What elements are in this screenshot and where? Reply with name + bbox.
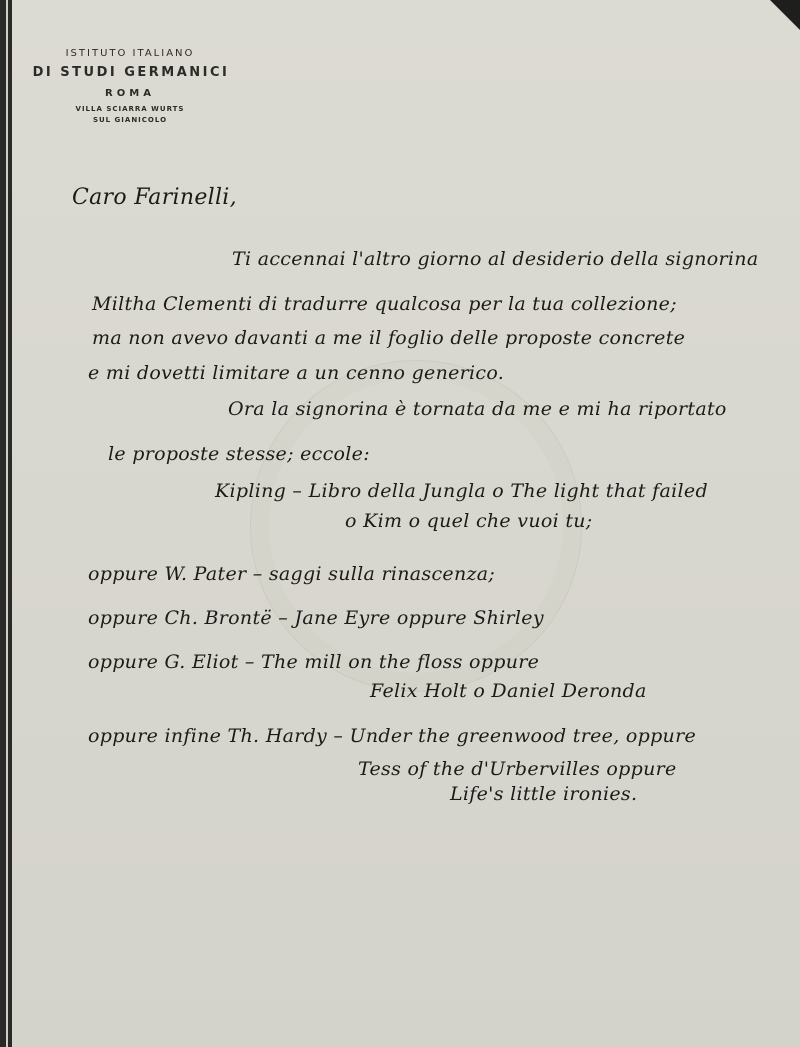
letterhead-line-institute: ISTITUTO ITALIANO: [40, 48, 220, 59]
proposal-bronte: oppure Ch. Brontë – Jane Eyre oppure Shi…: [88, 607, 544, 629]
paragraph1-line2: Miltha Clementi di tradurre qualcosa per…: [92, 293, 677, 315]
letterhead: ISTITUTO ITALIANO DI STUDI GERMANICI ROM…: [40, 48, 220, 124]
paragraph1-line4: e mi dovetti limitare a un cenno generic…: [88, 362, 504, 384]
paragraph1-line1: Ti accennai l'altro giorno al desiderio …: [232, 248, 758, 270]
letter-page: ISTITUTO ITALIANO DI STUDI GERMANICI ROM…: [0, 0, 800, 1047]
scan-corner-top-right: [770, 0, 800, 30]
proposal-kipling: Kipling – Libro della Jungla o The light…: [215, 480, 708, 502]
proposal-kipling-continuation: o Kim o quel che vuoi tu;: [345, 510, 593, 532]
letterhead-line-location: SUL GIANICOLO: [40, 116, 220, 124]
letterhead-line-villa: VILLA SCIARRA WURTS: [40, 105, 220, 113]
letterhead-line-name: DI STUDI GERMANICI: [26, 65, 236, 80]
proposal-pater: oppure W. Pater – saggi sulla rinascenza…: [88, 563, 495, 585]
proposal-hardy-continuation: Tess of the d'Urbervilles oppure: [358, 758, 677, 780]
proposal-eliot-continuation: Felix Holt o Daniel Deronda: [370, 680, 647, 702]
proposal-hardy: oppure infine Th. Hardy – Under the gree…: [88, 725, 696, 747]
paragraph1-line3: ma non avevo davanti a me il foglio dell…: [92, 327, 685, 349]
salutation: Caro Farinelli,: [72, 185, 237, 210]
paragraph2-line2: le proposte stesse; eccole:: [108, 443, 370, 465]
paragraph2-line1: Ora la signorina è tornata da me e mi ha…: [228, 398, 727, 420]
proposal-eliot: oppure G. Eliot – The mill on the floss …: [88, 651, 539, 673]
proposal-hardy-continuation2: Life's little ironies.: [450, 783, 637, 805]
scan-border-left: [0, 0, 12, 1047]
letterhead-line-city: ROMA: [40, 88, 220, 99]
